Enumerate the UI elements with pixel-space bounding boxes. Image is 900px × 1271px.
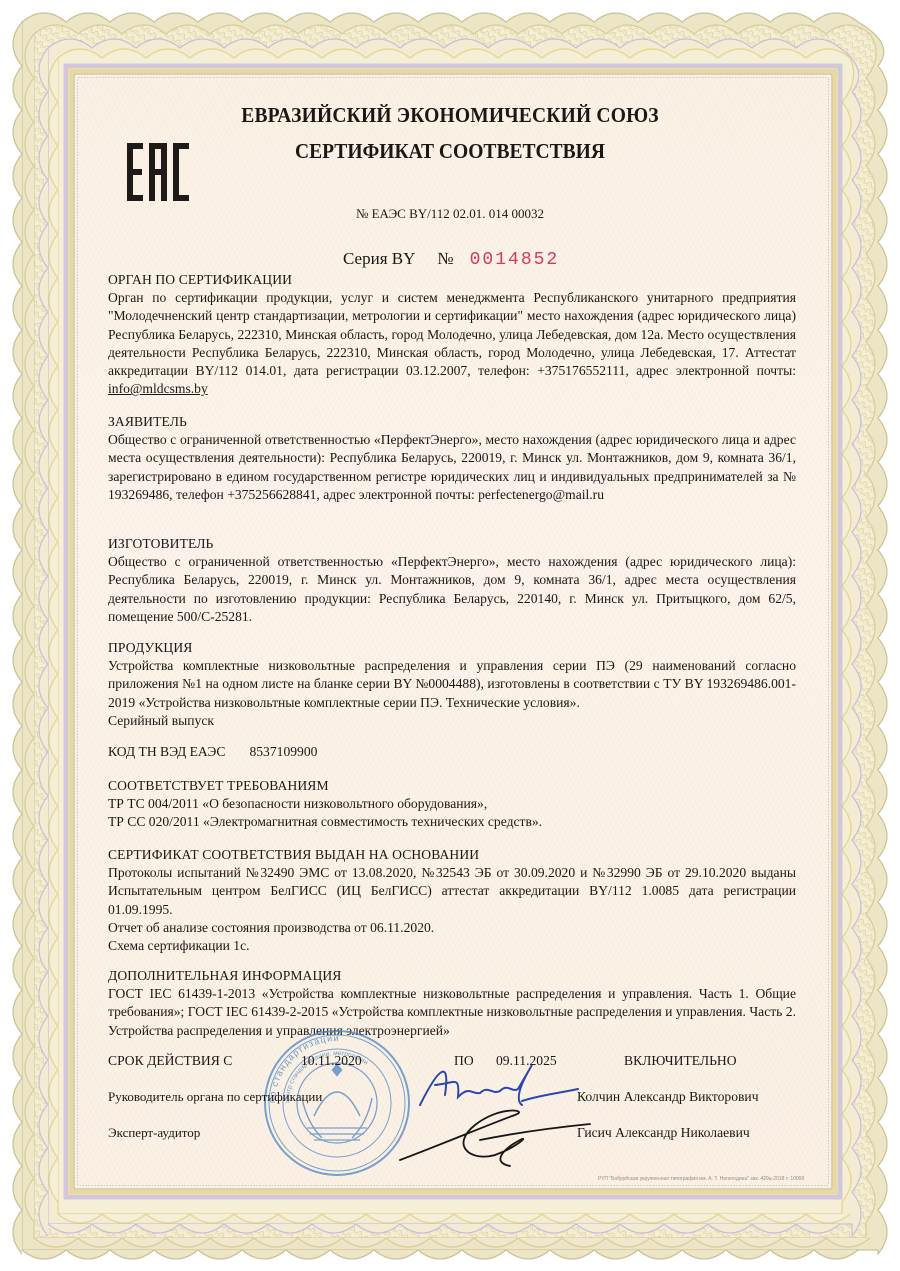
section-title: ЗАЯВИТЕЛЬ (108, 413, 796, 431)
section-certification-body: ОРГАН ПО СЕРТИФИКАЦИИ Орган по сертифика… (108, 271, 796, 398)
series-number: 0014852 (470, 250, 560, 270)
document-title: СЕРТИФИКАТ СООТВЕТСТВИЯ (32, 139, 869, 164)
section-text: Устройства комплектные низковольтные рас… (108, 657, 796, 712)
section-basis: СЕРТИФИКАТ СООТВЕТСТВИЯ ВЫДАН НА ОСНОВАН… (108, 846, 796, 955)
signatory-role-expert: Эксперт-аудитор (108, 1125, 200, 1141)
email-link[interactable]: info@mldcsms.by (108, 381, 208, 396)
section-text-report: Отчет об анализе состояния производства … (108, 919, 796, 937)
series-num-sign: № (437, 249, 453, 268)
section-text: ГОСТ IEC 61439-1-2013 «Устройства компле… (108, 985, 796, 1040)
section-applicant: ЗАЯВИТЕЛЬ Общество с ограниченной ответс… (108, 413, 796, 504)
series-label: Серия BY (343, 249, 415, 268)
certificate-number: № ЕАЭС BY/112 02.01. 014 00032 (0, 206, 900, 222)
series-line: Серия BY№0014852 (343, 249, 559, 270)
section-title: ИЗГОТОВИТЕЛЬ (108, 535, 796, 553)
validity-date-from: 10.11.2020 (301, 1053, 362, 1069)
validity-inclusive: ВКЛЮЧИТЕЛЬНО (624, 1053, 737, 1069)
section-text: Протоколы испытаний №32490 ЭМС от 13.08.… (108, 864, 796, 919)
requirement-line: ТР СС 020/2011 «Электромагнитная совмест… (108, 813, 796, 831)
union-title: ЕВРАЗИЙСКИЙ ЭКОНОМИЧЕСКИЙ СОЮЗ (32, 103, 869, 128)
section-title: ПРОДУКЦИЯ (108, 639, 796, 657)
section-text: Орган по сертификации продукции, услуг и… (108, 289, 796, 398)
signatory-role-head: Руководитель органа по сертификации (108, 1089, 322, 1105)
section-requirements: СООТВЕТСТВУЕТ ТРЕБОВАНИЯМ ТР ТС 004/2011… (108, 777, 796, 832)
signatory-name-expert: Гисич Александр Николаевич (577, 1125, 750, 1141)
printer-info: РУП "Бобруйская укрупненная типография и… (598, 1176, 804, 1182)
tn-ved-label: КОД ТН ВЭД ЕАЭС (108, 744, 225, 759)
signature-expert (380, 1100, 600, 1170)
section-title: СООТВЕТСТВУЕТ ТРЕБОВАНИЯМ (108, 777, 796, 795)
section-title: ОРГАН ПО СЕРТИФИКАЦИИ (108, 271, 796, 289)
tn-ved-value: 8537109900 (249, 744, 317, 759)
section-additional-info: ДОПОЛНИТЕЛЬНАЯ ИНФОРМАЦИЯ ГОСТ IEC 61439… (108, 967, 796, 1040)
section-manufacturer: ИЗГОТОВИТЕЛЬ Общество с ограниченной отв… (108, 535, 796, 626)
signatory-name-head: Колчин Александр Викторович (577, 1089, 759, 1105)
section-text: Общество с ограниченной ответственностью… (108, 553, 796, 626)
section-text: Общество с ограниченной ответственностью… (108, 431, 796, 504)
section-title: ДОПОЛНИТЕЛЬНАЯ ИНФОРМАЦИЯ (108, 967, 796, 985)
validity-from-label: СРОК ДЕЙСТВИЯ С (108, 1053, 232, 1069)
section-text-serial: Серийный выпуск (108, 712, 796, 730)
requirement-line: ТР ТС 004/2011 «О безопасности низковоль… (108, 795, 796, 813)
tn-ved-code-row: КОД ТН ВЭД ЕАЭС8537109900 (108, 744, 317, 760)
section-product: ПРОДУКЦИЯ Устройства комплектные низково… (108, 639, 796, 730)
section-title: СЕРТИФИКАТ СООТВЕТСТВИЯ ВЫДАН НА ОСНОВАН… (108, 846, 796, 864)
section-text-scheme: Схема сертификации 1с. (108, 937, 796, 955)
